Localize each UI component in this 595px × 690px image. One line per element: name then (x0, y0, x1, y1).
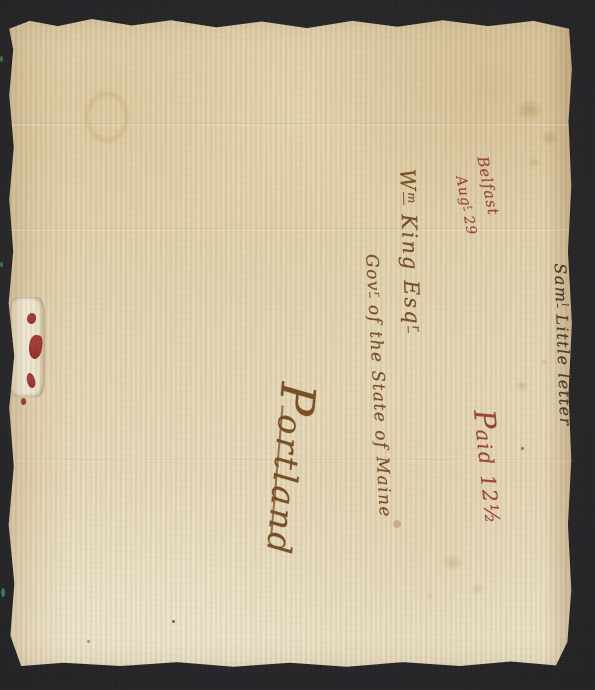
scan-background: Belfast Augt 29 Wm King Esqr Govr of the… (0, 0, 595, 690)
scan-speck (0, 56, 3, 62)
fly-speck (521, 447, 524, 450)
scan-speck (0, 262, 3, 267)
wax-seal-remnant (21, 398, 26, 405)
fold-line-vertical (254, 17, 256, 668)
fly-speck (172, 620, 175, 623)
wax-seal-remnant (27, 313, 36, 324)
stain-dot (393, 520, 401, 528)
letter-paper-verso (7, 17, 573, 668)
address-recipient: Wm King Esqr (389, 166, 425, 337)
fly-speck (87, 640, 90, 643)
fold-line-vertical (333, 107, 335, 477)
stain-ring (79, 84, 135, 150)
stain-blotch-bottom (417, 537, 501, 611)
stain-blotch-top-right (505, 87, 567, 179)
fold-line-horizontal (7, 123, 573, 126)
scan-speck (1, 588, 5, 597)
